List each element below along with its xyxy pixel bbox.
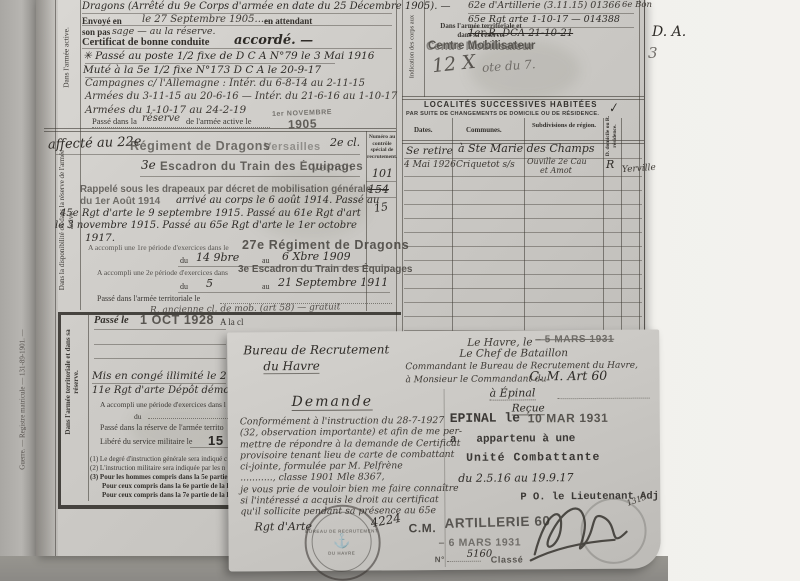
overflow-flourish: 3 bbox=[648, 44, 658, 62]
letter-bureau-line2: du Havre bbox=[263, 359, 320, 374]
letter-bureau-line1: Bureau de Recrutement bbox=[243, 342, 389, 357]
entry-3-novembre: le 3 novembre 1915. Passé au 65e Rgt d'a… bbox=[55, 220, 357, 231]
letter-a-epinal: à Épinal bbox=[490, 386, 536, 400]
letter-cm-art-60: C. M. Art 60 bbox=[529, 368, 607, 384]
stamp-versailles: Versailles bbox=[264, 141, 321, 153]
rule bbox=[402, 0, 403, 333]
footnote-3: (3) Pour les hommes compris dans la 5e p… bbox=[90, 473, 237, 481]
label-au-2: au bbox=[262, 282, 270, 291]
lettre-bureau-recrutement: Bureau de Recrutement du Havre Le Havre,… bbox=[227, 329, 661, 571]
col-header-subdivisions: Subdivisions de région. bbox=[530, 122, 598, 130]
numero-controle-header: Numéro au contrôle spécial de recrutemen… bbox=[367, 134, 397, 160]
entry-envoye-date: le 27 Septembre 1905....., bbox=[142, 14, 274, 25]
rule bbox=[447, 561, 481, 562]
rule bbox=[94, 344, 226, 345]
label-libere-service: Libéré du service militaire le bbox=[100, 437, 192, 446]
date-stamp-1905: 1905 bbox=[288, 116, 318, 131]
scrawl-12x: 12 X bbox=[431, 51, 477, 77]
label-du-3: du bbox=[134, 412, 142, 421]
libere-value-15: 15 bbox=[208, 433, 224, 448]
entry-dragons-arrete: Dragons (Arrêté du 9e Corps d'armée en d… bbox=[82, 1, 451, 12]
entry-62-artillerie: 62e d'Artillerie (3.11.15) 01366 bbox=[468, 0, 621, 11]
col-header-dates: Dates. bbox=[414, 126, 432, 134]
letter-demande-titre: Demande bbox=[292, 393, 374, 411]
rule bbox=[404, 246, 642, 247]
stamp-du-1er-aout: du 1er Août 1914 bbox=[80, 196, 160, 207]
stamp-6-mars-1931: – 6 MARS 1931 bbox=[439, 536, 522, 549]
rule bbox=[94, 329, 226, 330]
entry-6e-bon: 6e Bon bbox=[622, 0, 652, 10]
rule bbox=[404, 288, 642, 289]
footnote-2: (2) L'instruction militaire sera indiqué… bbox=[90, 464, 225, 472]
overflow-d-a: D. A. bbox=[652, 24, 686, 40]
label-a-la-classe: A la cl bbox=[220, 317, 244, 327]
row1-communes: à Ste Marie des Champs bbox=[458, 142, 595, 155]
rule bbox=[82, 48, 392, 49]
label-no: N° bbox=[435, 555, 445, 564]
rule bbox=[603, 118, 604, 331]
entry-5: 5 bbox=[206, 277, 213, 290]
entry-mute-dca-173: Muté à la 5e 1/2 fixe N°173 D C A le 20-… bbox=[83, 64, 321, 76]
rule bbox=[404, 218, 642, 219]
date-stamp-1-oct-1928: 1 OCT 1928 bbox=[140, 313, 214, 327]
margin-label-registre-matricule: Guerre. — Registre matricule — 131-89-19… bbox=[17, 290, 28, 510]
localites-title: LOCALITÉS SUCCESSIVES HABITÉES bbox=[424, 100, 597, 109]
entry-mis-en-conge: Mis en congé illimité le 2 bbox=[92, 370, 227, 382]
rule bbox=[621, 118, 622, 331]
label-passe-territoriale: Passé dans l'armée territoriale le bbox=[97, 294, 200, 303]
stamp-appartenu-line1: a appartenu à une bbox=[450, 433, 576, 446]
row2-dr: R bbox=[606, 158, 614, 171]
signature bbox=[524, 490, 643, 567]
label-accompli-periode: A accompli une période d'exercices dans … bbox=[100, 400, 226, 409]
rule bbox=[366, 181, 396, 182]
anchor-icon: ⚓ bbox=[333, 533, 351, 550]
rule bbox=[56, 154, 360, 155]
label-certificat-bonne-conduite: Certificat de bonne conduite bbox=[82, 37, 209, 48]
epinal-stamp-label: EPINAL le bbox=[450, 410, 520, 425]
para-line: (32, observation importante) et afin de … bbox=[240, 426, 460, 439]
rule bbox=[404, 158, 642, 159]
rule bbox=[404, 204, 642, 205]
stamp-3e-escadron: 3e Escadron du Train des Équipages bbox=[238, 264, 413, 275]
entry-passage-reserve: sage — au la réserve. bbox=[112, 26, 216, 37]
entry-accorde: accordé. — bbox=[234, 33, 313, 48]
round-seal-inner: BUREAU DE RECRUTEMENT ⚓ DU HAVRE bbox=[311, 512, 371, 572]
entry-2e-cl: 2e cl. bbox=[330, 136, 360, 149]
label-du-2: du bbox=[180, 282, 188, 291]
rule bbox=[92, 383, 226, 384]
col-header-domicile-residence: D. domicile ou R. résidence. bbox=[604, 107, 620, 165]
col-header-communes: Communes. bbox=[466, 126, 502, 134]
entry-reserve: réserve bbox=[142, 113, 180, 124]
letter-a-monsieur: à Monsieur le Commandant du bbox=[405, 374, 546, 385]
entry-3e: 3e bbox=[141, 158, 156, 172]
letter-chef-bataillon: Le Chef de Bataillon bbox=[459, 347, 568, 360]
entry-5160: 5160 bbox=[467, 549, 493, 560]
rule bbox=[404, 302, 642, 303]
label-passe-le: Passé le bbox=[94, 315, 129, 326]
margin-label-armee-active: Dans l'armée active. bbox=[60, 3, 73, 113]
label-du-1: du bbox=[180, 256, 188, 265]
label-armee-active-le: de l'armée active le bbox=[186, 116, 251, 126]
rule bbox=[44, 128, 396, 132]
footnote-5: Pour ceux compris dans la 7e partie de l… bbox=[102, 491, 230, 499]
label-periode-2: A accompli une 2e période d'exercices da… bbox=[97, 268, 228, 277]
numero-value-154: 154 bbox=[368, 183, 389, 196]
seal-text-1: BUREAU DE RECRUTEMENT bbox=[305, 528, 378, 534]
label-reserve-territoriale: Passé dans la réserve de l'armée territo bbox=[100, 423, 224, 432]
rule bbox=[404, 260, 642, 261]
para-line: provisoire tenant lieu de carte de comba… bbox=[240, 449, 460, 462]
seal-text-2: DU HAVRE bbox=[328, 550, 355, 555]
entry-rgt-art: Rgt d'Arte bbox=[254, 520, 312, 533]
rule bbox=[148, 418, 228, 419]
entry-14-9bre: 14 9bre bbox=[196, 251, 239, 264]
row2-overflow-yerville: Yerville bbox=[622, 163, 656, 175]
scanned-military-record: Dans l'armée active. Dans la disponibili… bbox=[0, 0, 800, 581]
rule bbox=[396, 0, 397, 333]
stamp-classe: Classé bbox=[491, 554, 524, 564]
entry-arrive-corps: arrivé au corps le 6 août 1914. Passé au bbox=[176, 195, 379, 206]
entry-campagnes-allemagne: Campagnes c/ l'Allemagne : Intér. du 6-8… bbox=[85, 78, 365, 89]
numero-value-101: 101 bbox=[372, 167, 393, 180]
rule bbox=[404, 176, 642, 177]
entry-21-septembre-1911: 21 Septembre 1911 bbox=[278, 276, 388, 289]
entry-periode-combattante: du 2.5.16 au 19.9.17 bbox=[458, 471, 573, 485]
stamp-unite-combattante: Unité Combattante bbox=[466, 451, 600, 465]
epinal-stamp-date: 10 MAR 1931 bbox=[528, 411, 609, 426]
row1-dates: Se retire bbox=[406, 145, 453, 157]
corner-rotated-label: Indication des corps aux bbox=[407, 1, 418, 93]
rule bbox=[88, 315, 89, 501]
rule bbox=[190, 447, 228, 448]
row2-dates: 4 Mai 1926 bbox=[404, 160, 456, 170]
rule bbox=[140, 176, 360, 177]
label-passe-dans-la: Passé dans la bbox=[92, 116, 137, 126]
rule bbox=[94, 358, 226, 359]
rule bbox=[404, 190, 642, 191]
rule bbox=[558, 398, 650, 400]
rule bbox=[524, 118, 525, 331]
entry-6-xbre-1909: 6 Xbre 1909 bbox=[282, 250, 351, 263]
letter-date-stamp: – 5 MARS 1931 bbox=[535, 334, 614, 346]
entry-45e-rgt: 45e Rgt d'arte le 9 septembre 1915. Pass… bbox=[60, 208, 361, 219]
rule bbox=[404, 316, 642, 317]
rule bbox=[366, 197, 396, 198]
stamp-cm: C.M. bbox=[408, 521, 436, 535]
stamp-vernon: Vernon bbox=[312, 162, 353, 174]
rule bbox=[80, 0, 81, 310]
rule bbox=[424, 0, 425, 97]
numero-value-15: 15 bbox=[373, 200, 389, 215]
centre-mobilisateur-stamp: Centre Mobilisateur bbox=[428, 40, 535, 52]
rule bbox=[452, 118, 453, 331]
entry-65-rgt: 65e Rgt arte 1-10-17 — 014388 bbox=[468, 14, 620, 25]
row2-communes: Criquetot s/s bbox=[456, 160, 515, 170]
rule bbox=[404, 274, 642, 275]
localites-subtitle: PAR SUITE DE CHANGEMENTS DE DOMICILE OU … bbox=[406, 111, 599, 117]
footnote-1: (1) Le degré d'instruction générale sera… bbox=[90, 455, 227, 463]
row2-subdivision-2: et Amot bbox=[540, 166, 572, 175]
stamp-regiment-dragons: Régiment de Dragons bbox=[130, 139, 271, 153]
stamp-rappele-drapeaux: Rappelé sous les drapeaux par décret de … bbox=[80, 184, 371, 195]
entry-poste-dca-79: ✳ Passé au poste 1/2 fixe de D C A N°79 … bbox=[83, 50, 374, 62]
entry-armees-1: Armées du 3-11-15 au 20-6-16 — Intér. du… bbox=[85, 91, 397, 102]
rule bbox=[178, 292, 390, 293]
entry-1er-r-dca: 1er R. DCA 21-10-21 bbox=[468, 28, 573, 39]
rule bbox=[404, 232, 642, 233]
rule bbox=[55, 0, 56, 556]
letter-paragraphe: Conformément à l'instruction du 28-7-192… bbox=[240, 415, 461, 518]
rule bbox=[92, 127, 270, 128]
footnote-4: Pour ceux compris dans la 6e partie de l… bbox=[102, 482, 230, 490]
label-son-passage: son pas bbox=[82, 27, 110, 37]
